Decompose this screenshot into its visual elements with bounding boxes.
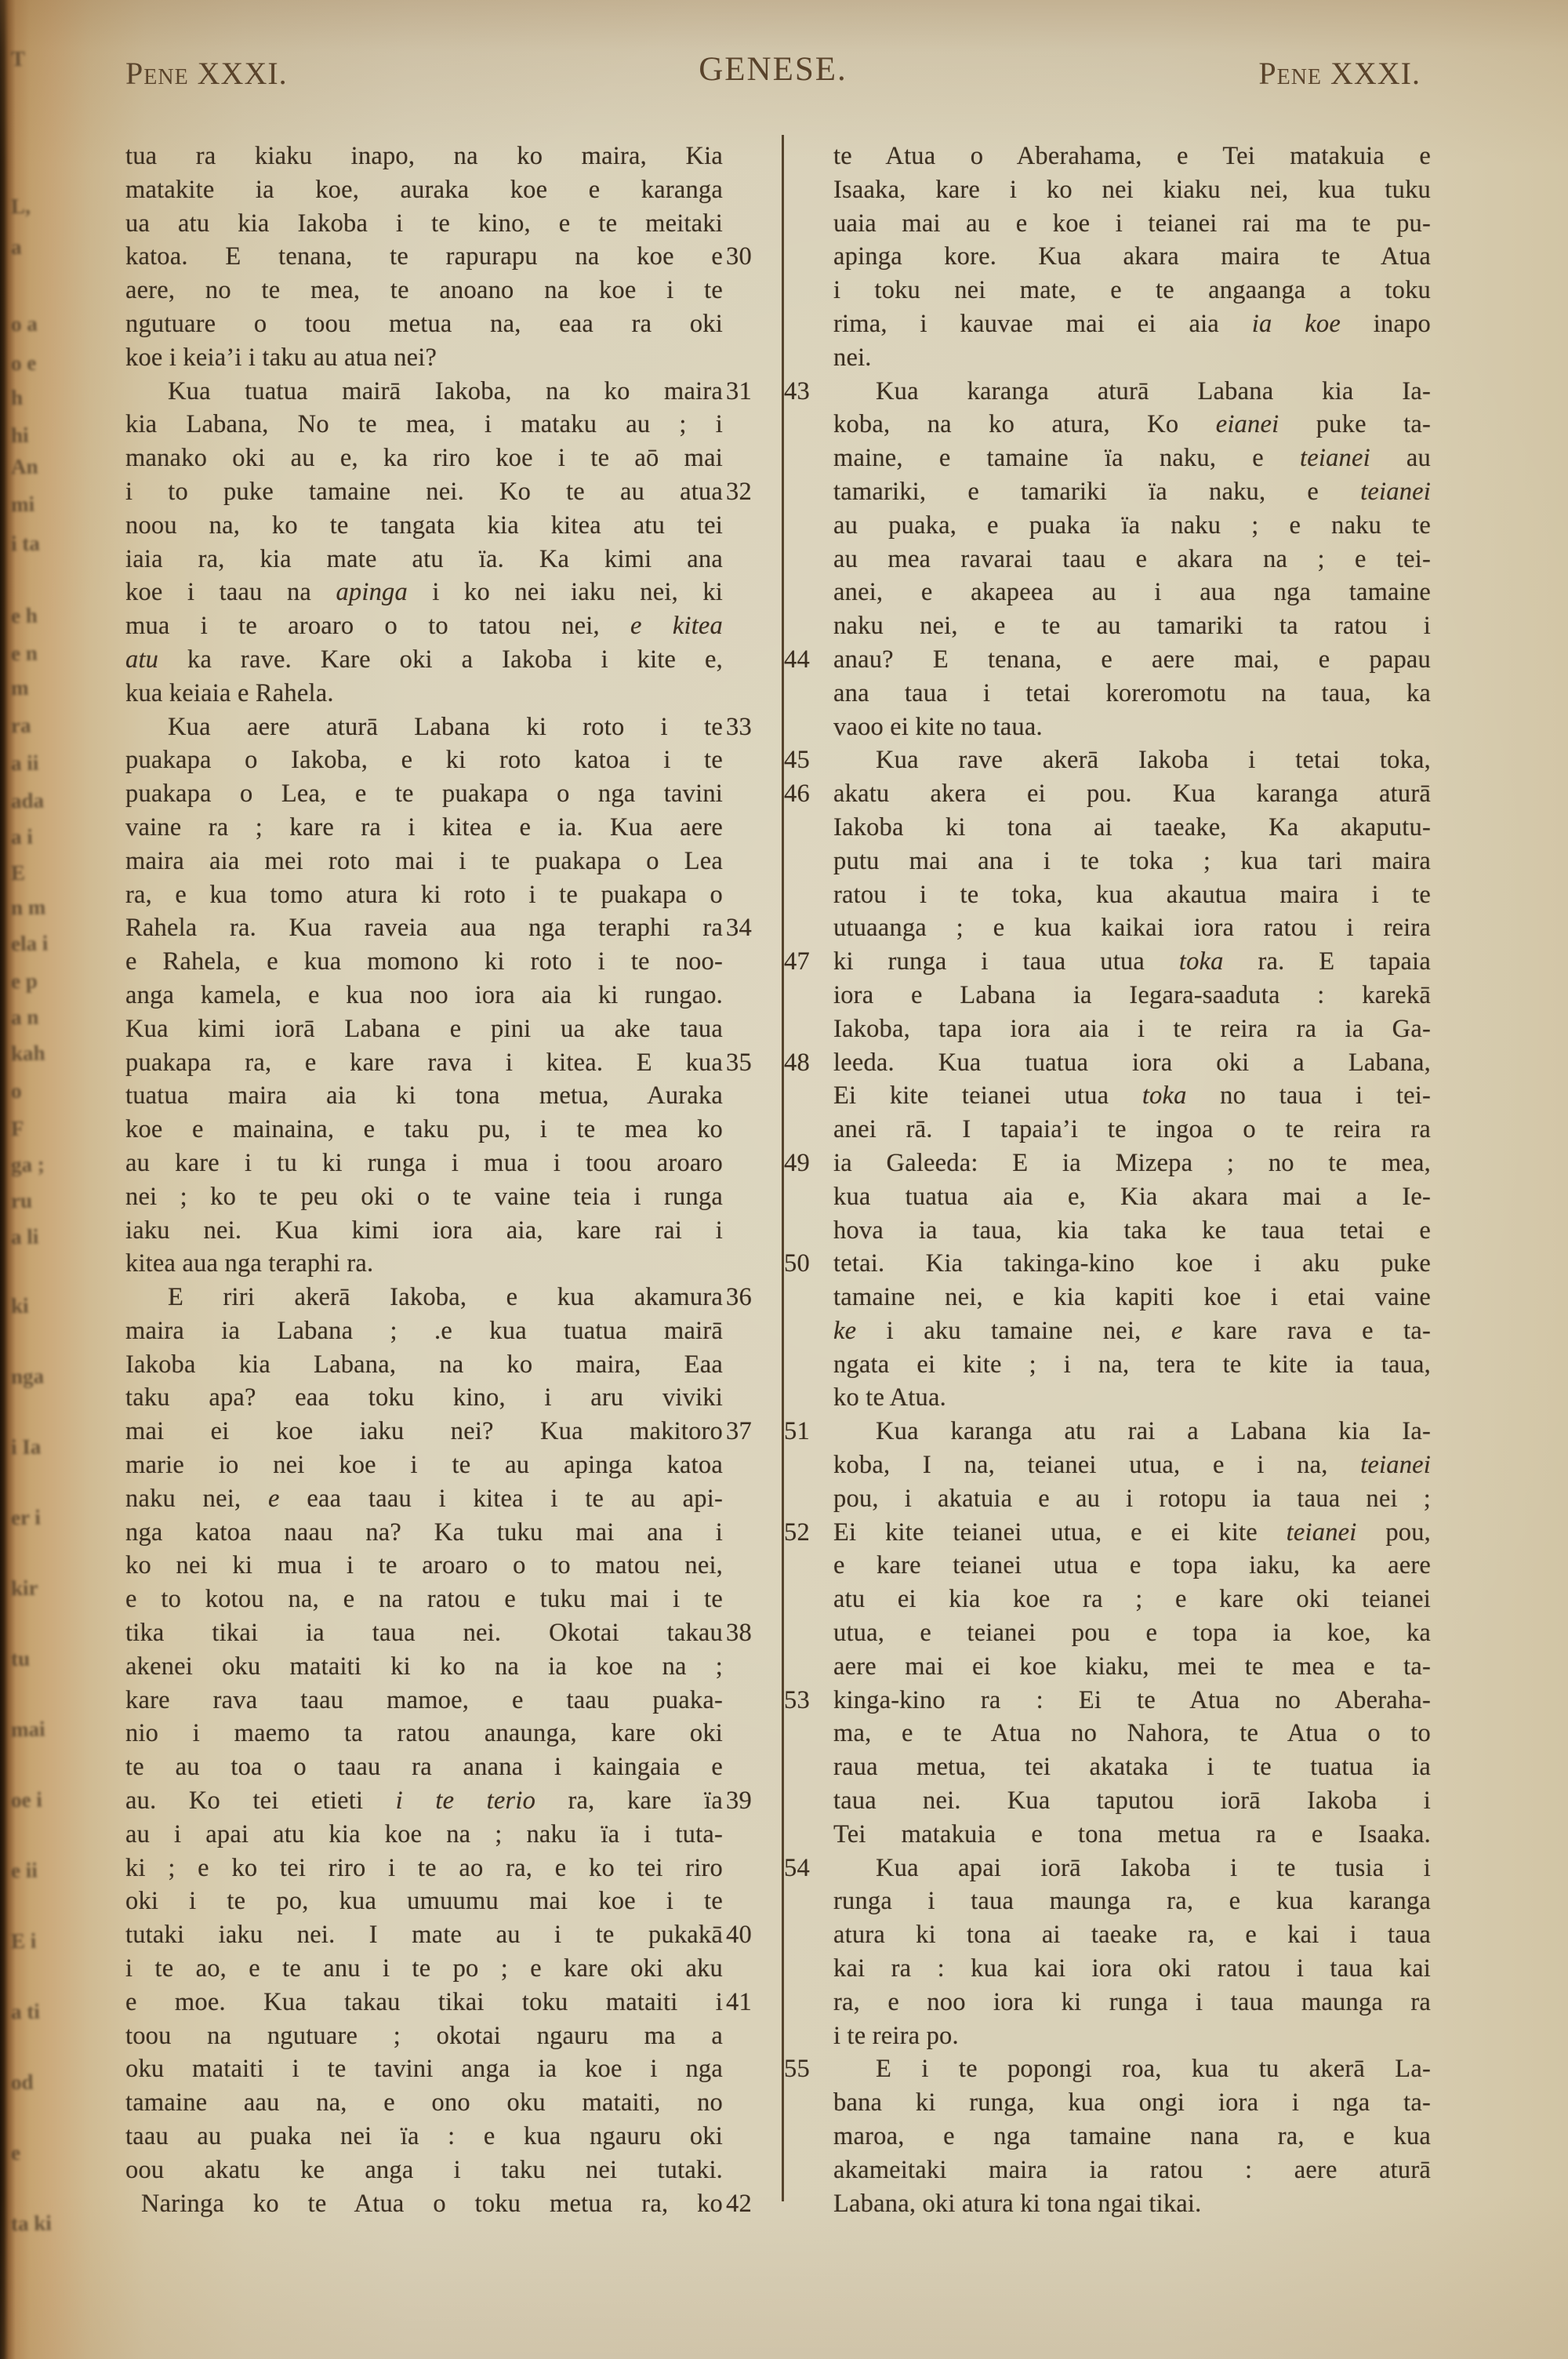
text-line: iaia ra, kia mate atu ïa. Ka kimi ana	[125, 543, 723, 576]
verse-number: 46	[784, 777, 831, 811]
text-line: anei rā. I tapaia’i te ingoa o te reira …	[833, 1113, 1431, 1147]
text-line: rima, i kauvae mai ei aia ia koe inapo	[833, 307, 1431, 341]
text-line: ki runga i taua utua toka ra. E tapaia47	[833, 945, 1431, 979]
verse-number: 44	[784, 643, 831, 677]
ghost-text-fragment: ki	[11, 1294, 29, 1318]
ghost-text-fragment: e	[11, 2141, 21, 2165]
ghost-text-fragment: o a	[11, 312, 38, 337]
text-line: apinga kore. Kua akara maira te Atua	[833, 240, 1431, 274]
text-line: iaku nei. Kua kimi iora aia, kare rai i	[125, 1214, 723, 1248]
text-line: koba, I na, teianei utua, e i na, teiane…	[833, 1448, 1431, 1482]
text-line: tutaki iaku nei. I mate au i te pukakā40	[125, 1918, 723, 1952]
text-line: Labana, oki atura ki tona ngai tikai.	[833, 2187, 1431, 2221]
text-column-right: te Atua o Aberahama, e Tei matakuia eIsa…	[833, 140, 1431, 2220]
text-line: nga katoa naau na? Ka tuku mai ana i	[125, 1516, 723, 1550]
ghost-text-fragment: o e	[11, 351, 37, 376]
text-line: kua tuatua aia e, Kia akara mai a Ie-	[833, 1180, 1431, 1214]
verse-number: 51	[784, 1415, 831, 1448]
verse-number: 33	[717, 711, 786, 744]
ghost-text-fragment: hi	[11, 423, 29, 448]
text-line: naku nei, e eaa taau i kitea i te au api…	[125, 1482, 723, 1516]
verse-number: 34	[717, 911, 786, 945]
text-line: akameitaki maira ia ratou : aere aturā	[833, 2154, 1431, 2187]
text-line: ma, e te Atua no Nahora, te Atua o to	[833, 1717, 1431, 1750]
text-line: mai ei koe iaku nei? Kua makitoro37	[125, 1415, 723, 1448]
text-line: oki i te po, kua umuumu mai koe i te	[125, 1885, 723, 1918]
verse-number: 50	[784, 1247, 831, 1281]
text-line: koe i taau na apinga i ko nei iaku nei, …	[125, 576, 723, 609]
text-line: utuaanga ; e kua kaikai iora ratou i rei…	[833, 911, 1431, 945]
text-line: anau? E tenana, e aere mai, e papau44	[833, 643, 1431, 677]
running-head-title: GENESE.	[125, 50, 1421, 89]
ghost-text-fragment: mai	[11, 1717, 45, 1743]
text-line: i te ao, e te anu i te po ; e kare oki a…	[125, 1952, 723, 1986]
text-line: ko te Atua.	[833, 1381, 1431, 1415]
verse-number: 55	[784, 2052, 831, 2086]
text-line: Kua tuatua mairā Iakoba, na ko maira31	[125, 375, 723, 409]
text-line: nei ; ko te peu oki o te vaine teia i ru…	[125, 1180, 723, 1214]
ghost-text-fragment: L,	[11, 194, 31, 219]
ghost-text-fragment: nga	[11, 1365, 45, 1390]
text-line: matakite ia koe, auraka koe e karanga	[125, 173, 723, 207]
text-line: Kua apai iorā Iakoba i te tusia i54	[833, 1852, 1431, 1885]
text-line: Kua rave akerā Iakoba i tetai toka,45	[833, 743, 1431, 777]
ghost-text-fragment: E i	[11, 1929, 37, 1954]
text-line: puakapa ra, e kare rava i kitea. E kua35	[125, 1046, 723, 1080]
text-line: akatu akera ei pou. Kua karanga aturā46	[833, 777, 1431, 811]
ghost-text-fragment: kir	[11, 1576, 38, 1601]
text-line: taku apa? eaa toku kino, i aru viviki	[125, 1381, 723, 1415]
text-line: koe e mainaina, e taku pu, i te mea ko	[125, 1113, 723, 1147]
text-line: te au toa o taau ra anana i kaingaia e	[125, 1750, 723, 1784]
ghost-text-fragment: h	[11, 386, 24, 410]
text-line: pou, i akatuia e au i rotopu ia taua nei…	[833, 1482, 1431, 1516]
text-line: Ei kite teianei utua, e ei kite teianei …	[833, 1516, 1431, 1550]
text-line: kua keiaia e Rahela.	[125, 677, 723, 711]
verse-number: 30	[717, 240, 786, 274]
text-line: Kua karanga aturā Labana kia Ia-43	[833, 375, 1431, 409]
ghost-text-fragment: a li	[11, 1225, 39, 1250]
ghost-text-fragment: i ta	[11, 532, 40, 557]
text-line: bana ki runga, kua ongi iora i nga ta-	[833, 2086, 1431, 2120]
text-line: ngutuare o toou metua na, eaa ra oki	[125, 307, 723, 341]
ghost-text-fragment: od	[11, 2070, 34, 2095]
text-line: Kua karanga atu rai a Labana kia Ia-51	[833, 1415, 1431, 1448]
ghost-text-fragment: a	[11, 235, 22, 260]
ghost-text-fragment: e h	[11, 604, 38, 629]
text-line: taau au puaka nei ïa : e kua ngauru oki	[125, 2120, 723, 2154]
ghost-text-fragment: a n	[11, 1005, 39, 1030]
text-line: tamaine nei, e kia kapiti koe i etai vai…	[833, 1281, 1431, 1314]
text-line: Isaaka, kare i ko nei kiaku nei, kua tuk…	[833, 173, 1431, 207]
ghost-text-fragment: oe i	[11, 1788, 42, 1813]
text-line: kinga-kino ra : Ei te Atua no Aberaha-53	[833, 1684, 1431, 1717]
verse-number: 39	[717, 1784, 786, 1818]
text-line: naku nei, e te au tamariki ta ratou i	[833, 609, 1431, 643]
text-line: au. Ko tei etieti i te terio ra, kare ïa…	[125, 1784, 723, 1818]
text-line: tamariki, e tamariki ïa naku, e teianei	[833, 475, 1431, 509]
text-line: akenei oku mataiti ki ko na ia koe na ;	[125, 1650, 723, 1684]
spine-gutter-ghost-text: TL,ao ao ehhiAnmii tae he nmraa iiadaa i…	[5, 0, 52, 2359]
verse-number: 38	[717, 1616, 786, 1650]
text-line: mua i te aroaro o to tatou nei, e kitea	[125, 609, 723, 643]
text-line: uaia mai au e koe i teianei rai ma te pu…	[833, 207, 1431, 241]
ghost-text-fragment: er i	[11, 1506, 41, 1531]
text-line: hova ia taua, kia taka ke taua tetai e	[833, 1214, 1431, 1248]
text-line: katoa. E tenana, te rapurapu na koe e30	[125, 240, 723, 274]
text-line: maroa, e nga tamaine nana ra, e kua	[833, 2120, 1431, 2154]
text-line: ra, e noo iora ki runga i taua maunga ra	[833, 1986, 1431, 2019]
ghost-text-fragment: a ti	[11, 2000, 40, 2025]
verse-number: 36	[717, 1281, 786, 1314]
text-line: tetai. Kia takinga-kino koe i aku puke50	[833, 1247, 1431, 1281]
ghost-text-fragment: ta ki	[11, 2212, 52, 2237]
ghost-text-fragment: m	[11, 676, 29, 700]
text-line: ko nei ki mua i te aroaro o to matou nei…	[125, 1549, 723, 1583]
text-line: i to puke tamaine nei. Ko te au atua32	[125, 475, 723, 509]
text-line: au mea ravarai taau e akara na ; e tei-	[833, 543, 1431, 576]
running-head-right: Pene XXXI.	[1258, 55, 1421, 92]
text-line: kare rava taau mamoe, e taau puaka-	[125, 1684, 723, 1717]
text-line: ke i aku tamaine nei, e kare rava e ta-	[833, 1314, 1431, 1348]
text-line: aere, no te mea, te anoano na koe i te	[125, 274, 723, 307]
text-line: koe i keia’i i taku au atua nei?	[125, 341, 723, 375]
text-line: kia Labana, No te mea, i mataku au ; i	[125, 408, 723, 442]
text-line: vaine ra ; kare ra i kitea e ia. Kua aer…	[125, 811, 723, 845]
text-line: maira ia Labana ; .e kua tuatua mairā	[125, 1314, 723, 1348]
ghost-text-fragment: o	[11, 1079, 22, 1103]
text-line: Iakoba kia Labana, na ko maira, Eaa	[125, 1348, 723, 1382]
verse-number: 35	[717, 1046, 786, 1080]
text-line: anga kamela, e kua noo iora aia ki runga…	[125, 979, 723, 1012]
ghost-text-fragment: i Ia	[11, 1435, 42, 1460]
text-line: tika tikai ia taua nei. Okotai takau38	[125, 1616, 723, 1650]
book-page-scan: { "header": { "left": "Pene XXXI.", "cen…	[0, 0, 1568, 2359]
verse-number: 42	[717, 2187, 786, 2221]
text-line: noou na, ko te tangata kia kitea atu tei	[125, 509, 723, 543]
text-line: ua atu kia Iakoba i te kino, e te meitak…	[125, 207, 723, 241]
verse-number: 53	[784, 1684, 831, 1717]
text-line: Iakoba ki tona ai taeake, Ka akaputu-	[833, 811, 1431, 845]
text-line: vaoo ei kite no taua.	[833, 711, 1431, 744]
text-line: E riri akerā Iakoba, e kua akamura36	[125, 1281, 723, 1314]
text-line: runga i taua maunga ra, e kua karanga	[833, 1885, 1431, 1918]
ghost-text-fragment: ga ;	[11, 1153, 45, 1178]
text-line: ngata ei kite ; i na, tera te kite ia ta…	[833, 1348, 1431, 1382]
text-line: Kua kimi iorā Labana e pini ua ake taua	[125, 1012, 723, 1046]
ghost-text-fragment: T	[11, 47, 26, 71]
text-line: Rahela ra. Kua raveia aua nga teraphi ra…	[125, 911, 723, 945]
ghost-text-fragment: ada	[11, 789, 45, 814]
text-line: ki ; e ko tei riro i te ao ra, e ko tei …	[125, 1852, 723, 1885]
ghost-text-fragment: tu	[11, 1647, 31, 1671]
text-line: marie io nei koe i te au apinga katoa	[125, 1448, 723, 1482]
text-line: au i apai atu kia koe na ; naku ïa i tut…	[125, 1818, 723, 1852]
verse-number: 40	[717, 1918, 786, 1952]
text-line: ratou i te toka, kua akautua maira i te	[833, 878, 1431, 912]
text-line: i toku nei mate, e te angaanga a toku	[833, 274, 1431, 307]
verse-number: 52	[784, 1516, 831, 1550]
text-line: tuatua maira aia ki tona metua, Auraka	[125, 1079, 723, 1113]
verse-number: 48	[784, 1046, 831, 1080]
text-line: nei.	[833, 341, 1431, 375]
text-line: putu mai ana i te toka ; kua tari maira	[833, 845, 1431, 878]
ghost-text-fragment: E	[11, 861, 26, 885]
ghost-text-fragment: a i	[11, 825, 33, 849]
ghost-text-fragment: n m	[11, 896, 46, 921]
text-line: Tei matakuia e tona metua ra e Isaaka.	[833, 1818, 1431, 1852]
ghost-text-fragment: kah	[11, 1041, 45, 1067]
text-line: Kua aere aturā Labana ki roto i te33	[125, 711, 723, 744]
ghost-text-fragment: ela i	[11, 932, 49, 957]
verse-number: 47	[784, 945, 831, 979]
verse-number: 32	[717, 475, 786, 509]
text-line: anei, e akapeea au i aua nga tamaine	[833, 576, 1431, 609]
ghost-text-fragment: F	[11, 1117, 24, 1141]
ghost-text-fragment: mi	[11, 493, 35, 518]
ghost-text-fragment: a ii	[11, 751, 39, 776]
verse-number: 31	[717, 375, 786, 409]
text-line: ra, e kua tomo atura ki roto i te puakap…	[125, 878, 723, 912]
text-line: aere mai ei koe kiaku, mei te mea e ta-	[833, 1650, 1431, 1684]
text-line: i te reira po.	[833, 2019, 1431, 2053]
text-line: oou akatu ke anga i taku nei tutaki.	[125, 2154, 723, 2187]
text-line: puakapa o Iakoba, e ki roto katoa i te	[125, 743, 723, 777]
text-line: e to kotou na, e na ratou e tuku mai i t…	[125, 1583, 723, 1616]
ghost-text-fragment: ru	[11, 1189, 33, 1213]
verse-number: 37	[717, 1415, 786, 1448]
text-line: Iakoba, tapa iora aia i te reira ra ia G…	[833, 1012, 1431, 1046]
ghost-text-fragment: e ii	[11, 1859, 38, 1884]
text-line: tamaine aau na, e ono oku mataiti, no	[125, 2086, 723, 2120]
ghost-text-fragment: e n	[11, 642, 38, 667]
text-line: Naringa ko te Atua o toku metua ra, ko42	[125, 2187, 723, 2221]
verse-number: 45	[784, 743, 831, 777]
text-line: ana taua i tetai koreromotu na taua, ka	[833, 677, 1431, 711]
running-head: Pene XXXI. GENESE. Pene XXXI.	[125, 50, 1421, 97]
text-line: raua metua, tei akataka i te tuatua ia	[833, 1750, 1431, 1784]
text-line: toou na ngutuare ; okotai ngauru ma a	[125, 2019, 723, 2053]
text-line: utua, e teianei pou e topa ia koe, ka	[833, 1616, 1431, 1650]
text-line: tua ra kiaku inapo, na ko maira, Kia	[125, 140, 723, 173]
text-line: leeda. Kua tuatua iora oki a Labana,48	[833, 1046, 1431, 1080]
text-line: au kare i tu ki runga i mua i toou aroar…	[125, 1147, 723, 1180]
text-line: manako oki au e, ka riro koe i te aō mai	[125, 442, 723, 475]
verse-number: 41	[717, 1986, 786, 2019]
text-line: atu ei kia koe ra ; e kare oki teianei	[833, 1583, 1431, 1616]
text-line: kitea aua nga teraphi ra.	[125, 1247, 723, 1281]
ghost-text-fragment: ra	[11, 714, 31, 738]
verse-number: 54	[784, 1852, 831, 1885]
text-line: iora e Labana ia Iegara-saaduta : karekā	[833, 979, 1431, 1012]
text-line: taua nei. Kua taputou iorā Iakoba i	[833, 1784, 1431, 1818]
text-line: E i te popongi roa, kua tu akerā La-55	[833, 2052, 1431, 2086]
text-line: ia Galeeda: E ia Mizepa ; no te mea,49	[833, 1147, 1431, 1180]
ghost-text-fragment: e p	[11, 969, 38, 994]
text-line: e kare teianei utua e topa iaku, ka aere	[833, 1549, 1431, 1583]
verse-number: 43	[784, 375, 831, 409]
text-line: maira aia mei roto mai i te puakapa o Le…	[125, 845, 723, 878]
text-line: nio i maemo ta ratou anaunga, kare oki	[125, 1717, 723, 1750]
verse-number: 49	[784, 1147, 831, 1180]
ghost-text-fragment: An	[11, 455, 38, 480]
text-line: e Rahela, e kua momono ki roto i te noo-	[125, 945, 723, 979]
text-line: atu ka rave. Kare oki a Iakoba i kite e,	[125, 643, 723, 677]
text-line: au puaka, e puaka ïa naku ; e naku te	[833, 509, 1431, 543]
text-line: koba, na ko atura, Ko eianei puke ta-	[833, 408, 1431, 442]
text-line: e moe. Kua takau tikai toku mataiti i41	[125, 1986, 723, 2019]
text-line: te Atua o Aberahama, e Tei matakuia e	[833, 140, 1431, 173]
text-line: oku mataiti i te tavini anga ia koe i ng…	[125, 2052, 723, 2086]
text-line: puakapa o Lea, e te puakapa o nga tavini	[125, 777, 723, 811]
text-line: kai ra : kua kai iora oki ratou i taua k…	[833, 1952, 1431, 1986]
text-line: maine, e tamaine ïa naku, e teianei au	[833, 442, 1431, 475]
text-line: Ei kite teianei utua toka no taua i tei-	[833, 1079, 1431, 1113]
text-column-left: tua ra kiaku inapo, na ko maira, Kiamata…	[125, 140, 723, 2220]
text-line: atura ki tona ai taeake ra, e kai i taua	[833, 1918, 1431, 1952]
